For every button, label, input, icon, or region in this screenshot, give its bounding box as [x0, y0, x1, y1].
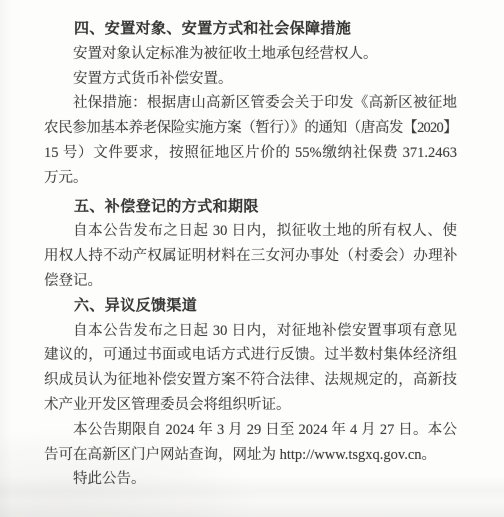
section-heading-feedback: 六、异议反馈渠道 — [44, 294, 457, 319]
text-line-notice-period: 本公告期限自 2024 年 3 月 29 日至 2024 年 4 月 27 日。… — [44, 418, 457, 443]
text-line: 自本公告发布之日起 30 日内，拟征收土地的所有权人、使 — [44, 219, 457, 244]
text-line: 织成员认为征地补偿安置方案不符合法律、法规规定的，高新技 — [44, 368, 457, 393]
text-line: 偿登记。 — [44, 269, 457, 294]
text-line-closing: 特此公告。 — [44, 467, 457, 492]
text-line: 建议的，可通过书面或电话方式进行反馈。过半数村集体经济组 — [44, 343, 457, 368]
text-line-website: 告可在高新区门户网站查询，网址为 http://www.tsgxq.gov.cn… — [44, 443, 457, 468]
text-line: 万元。 — [44, 166, 457, 191]
text-line: 农民参加基本养老保险实施方案（暂行）》的通知（唐高发【2020】 — [44, 116, 457, 141]
section-heading-registration: 五、补偿登记的方式和期限 — [44, 195, 457, 220]
text-line: 术产业开发区管理委员会将组织听证。 — [44, 393, 457, 418]
text-line: 用权人持不动产权属证明材料在三女河办事处（村委会）办理补 — [44, 244, 457, 269]
section-heading-resettlement: 四、安置对象、安置方式和社会保障措施 — [44, 17, 457, 42]
text-line: 社保措施：根据唐山高新区管委会关于印发《高新区被征地 — [44, 91, 457, 116]
announcement-body: 四、安置对象、安置方式和社会保障措施 安置对象认定标准为被征收土地承包经营权人。… — [44, 17, 457, 492]
text-line: 15 号）文件要求，按照征地区片价的 55%缴纳社保费 371.2463 — [44, 141, 457, 166]
text-line: 自本公告发布之日起 30 日内，对征地补偿安置事项有意见 — [44, 319, 457, 344]
text-line: 安置方式货币补偿安置。 — [44, 67, 457, 92]
text-line: 安置对象认定标准为被征收土地承包经营权人。 — [44, 42, 457, 67]
document-page: 四、安置对象、安置方式和社会保障措施 安置对象认定标准为被征收土地承包经营权人。… — [0, 0, 504, 517]
